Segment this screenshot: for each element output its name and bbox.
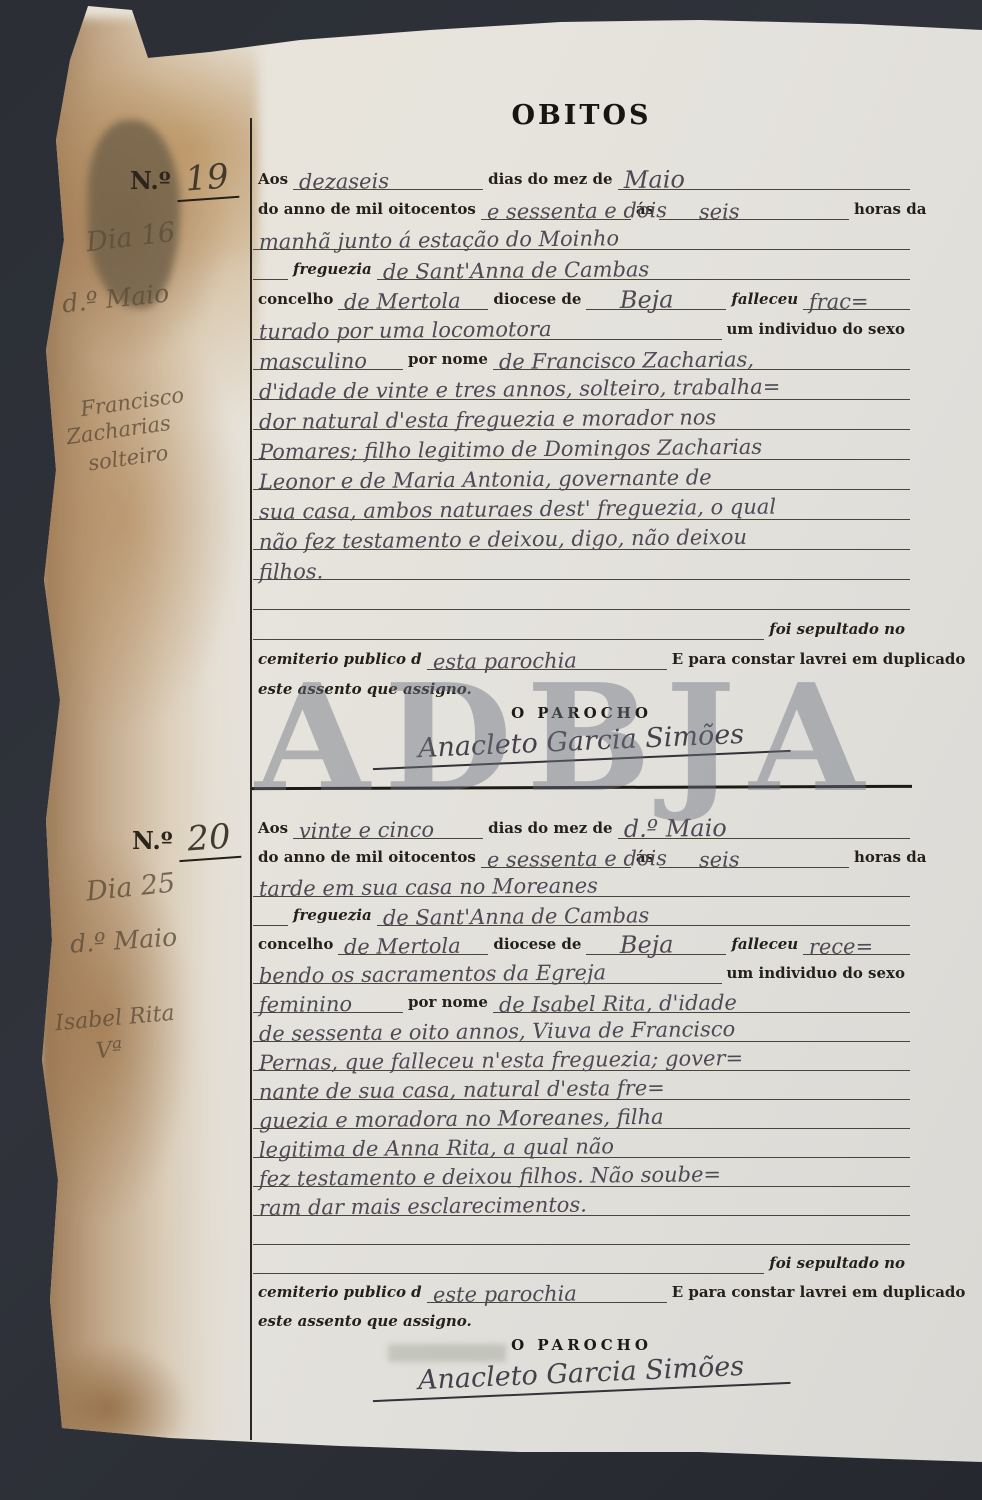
form-line: sua casa, ambos naturaes dest' freguezia… (253, 490, 910, 520)
text-line: fez testamento e deixou filhos. Não soub… (253, 1157, 910, 1187)
margin-month: d.º Maio (61, 278, 171, 318)
handwritten-cause: bendo os sacramentos da Egreja (259, 960, 606, 988)
handwritten-line: dor natural d'esta freguezia e morador n… (259, 405, 717, 434)
form-line: filhos. (253, 550, 910, 580)
anno-label: do anno de mil oitocentos (253, 202, 481, 220)
handwritten-line: guezia e moradora no Moreanes, filha (259, 1105, 664, 1133)
handwritten-parish: de Sant'Anna de Cambas (383, 257, 650, 284)
handwritten-line: Pernas, que falleceu n'esta freguezia; g… (259, 1046, 744, 1075)
handwritten-diocese: Beja (620, 285, 674, 314)
margin-number-value: 20 (176, 816, 241, 862)
text-line: legitima de Anna Rita, a qual não (253, 1128, 910, 1158)
form-line: freguezia de Sant'Anna de Cambas (253, 897, 910, 926)
handwritten-line: legitima de Anna Rita, a qual não (259, 1134, 614, 1162)
margin-number-block: N.º 20 (132, 818, 240, 860)
days-field: dezaseis (293, 159, 483, 190)
handwritten-place: tarde em sua casa no Moreanes (259, 873, 598, 901)
form-line: Pomares; filho legitimo de Domingos Zach… (253, 430, 910, 460)
text-line: d'idade de vinte e tres annos, solteiro,… (253, 369, 910, 400)
handwritten-cemetery: este parochia (432, 1281, 576, 1307)
name-field: de Francisco Zacharias, (493, 339, 910, 370)
margin-month: d.º Maio (69, 922, 178, 958)
freguezia-label: freguezia (288, 262, 377, 280)
text-line: dor natural d'esta freguezia e morador n… (253, 399, 910, 430)
name-field: de Isabel Rita, d'idade (493, 983, 910, 1013)
form-line: Pernas, que falleceu n'esta freguezia; g… (253, 1042, 910, 1071)
place-field: tarde em sua casa no Moreanes (253, 867, 910, 897)
form-line: fez testamento e deixou filhos. Não soub… (253, 1158, 910, 1187)
margin-name-line: Vª (95, 1037, 123, 1064)
falleceu-label: falleceu (726, 937, 803, 955)
text-line: Pernas, que falleceu n'esta freguezia; g… (253, 1041, 910, 1071)
form-line (253, 1216, 910, 1245)
death-record: Aos dezaseis dias do mez de Maio do anno… (253, 160, 910, 772)
form-line: não fez testamento e deixou, digo, não d… (253, 520, 910, 550)
handwritten-sex: masculino (259, 349, 367, 374)
cemetery-field: este parochia (427, 1273, 667, 1303)
margin-day: Dia 25 (85, 867, 177, 907)
year-field: e sessenta e dois (481, 189, 631, 220)
por-nome-label: por nome (403, 995, 493, 1013)
document-page: OBITOS N.º 19 Dia 16 d.º Maio Francisco … (0, 0, 982, 1500)
form-line: foi sepultado no (253, 610, 910, 640)
days-field: vinte e cinco (293, 809, 483, 839)
form-line: tarde em sua casa no Moreanes (253, 868, 910, 897)
blank-ruled-line (253, 609, 764, 640)
handwritten-line: Leonor e de Maria Antonia, governante de (259, 465, 712, 494)
handwritten-hour: seis (699, 200, 740, 224)
handwritten-cause-start: rece= (809, 934, 874, 959)
form-line: dor natural d'esta freguezia e morador n… (253, 400, 910, 430)
diocese-field: Beja (586, 279, 726, 310)
form-line: legitima de Anna Rita, a qual não (253, 1129, 910, 1158)
cemiterio-label: cemiterio publico d (253, 1285, 427, 1303)
handwritten-year: e sessenta e dois (487, 846, 667, 872)
month-field: d.º Maio (618, 809, 910, 839)
text-line: sua casa, ambos naturaes dest' freguezia… (253, 489, 910, 520)
form-line: turado por uma locomotora um individuo d… (253, 310, 910, 340)
form-line: nante de sua casa, natural d'esta fre= (253, 1071, 910, 1100)
death-record: Aos vinte e cinco dias do mez de d.º Mai… (253, 810, 910, 1404)
hour-field: seis (659, 838, 849, 868)
handwritten-cause-start: frac= (809, 289, 869, 314)
scanned-register-photo: OBITOS N.º 19 Dia 16 d.º Maio Francisco … (0, 0, 982, 1500)
handwritten-parish: de Sant'Anna de Cambas (383, 903, 650, 930)
form-line: d'idade de vinte e tres annos, solteiro,… (253, 370, 910, 400)
text-line: não fez testamento e deixou, digo, não d… (253, 519, 910, 550)
handwritten-county: de Mertola (344, 289, 461, 314)
form-line: feminino por nome de Isabel Rita, d'idad… (253, 984, 910, 1013)
handwritten-name: de Francisco Zacharias, (499, 347, 754, 374)
form-line: este assento que assigno. (253, 670, 910, 700)
month-field: Maio (618, 159, 910, 190)
form-line: do anno de mil oitocentos e sessenta e d… (253, 190, 910, 220)
form-line: Aos vinte e cinco dias do mez de d.º Mai… (253, 810, 910, 839)
form-line: cemiterio publico d este parochia E para… (253, 1274, 910, 1303)
cemiterio-label: cemiterio publico d (253, 652, 427, 670)
blank-ruled-line (253, 1244, 764, 1274)
handwritten-line: nante de sua casa, natural d'esta fre= (259, 1076, 665, 1104)
handwritten-name: de Isabel Rita, d'idade (499, 991, 737, 1017)
text-line: de sessenta e oito annos, Viuva de Franc… (253, 1012, 910, 1042)
parish-field: de Sant'Anna de Cambas (377, 896, 910, 926)
foi-sepultado-label: foi sepultado no (764, 1256, 910, 1274)
form-line: de sessenta e oito annos, Viuva de Franc… (253, 1013, 910, 1042)
form-line: guezia e moradora no Moreanes, filha (253, 1100, 910, 1129)
parocho-heading: O PAROCHO (253, 700, 910, 726)
form-line: cemiterio publico d esta parochia E para… (253, 640, 910, 670)
hour-field: seis (659, 189, 849, 220)
form-line: concelho de Mertola diocese de Beja fall… (253, 280, 910, 310)
handwritten-days: dezaseis (299, 169, 389, 194)
handwritten-month: d.º Maio (623, 814, 726, 843)
horas-da-label: horas da (849, 850, 931, 868)
form-line: do anno de mil oitocentos e sessenta e d… (253, 839, 910, 868)
text-line: Leonor e de Maria Antonia, governante de (253, 459, 910, 490)
handwritten-cause: turado por uma locomotora (259, 317, 552, 344)
concelho-label: concelho (253, 292, 338, 310)
form-line: freguezia de Sant'Anna de Cambas (253, 250, 910, 280)
place-field: manhã junto á estação do Moinho (253, 219, 910, 250)
form-line: manhã junto á estação do Moinho (253, 220, 910, 250)
handwritten-line: filhos. (259, 559, 324, 584)
page-title: OBITOS (253, 100, 910, 131)
handwritten-year: e sessenta e dois (487, 198, 667, 224)
diocese-label: diocese de (488, 292, 586, 310)
diocese-field: Beja (586, 925, 726, 955)
handwritten-line: fez testamento e deixou filhos. Não soub… (259, 1162, 721, 1191)
form-line: bendo os sacramentos da Egreja um indivi… (253, 955, 910, 984)
form-line: Leonor e de Maria Antonia, governante de (253, 460, 910, 490)
text-line: filhos. (253, 549, 910, 580)
diocese-label: diocese de (488, 937, 586, 955)
margin-day: Dia 16 (84, 217, 176, 259)
form-line: concelho de Mertola diocese de Beja fall… (253, 926, 910, 955)
dias-do-mez-label: dias do mez de (483, 821, 617, 839)
record-divider-line (252, 785, 912, 790)
priest-signature: Anacleto Garcia Simões (253, 726, 910, 772)
constar-label: E para constar lavrei em duplicado (667, 1285, 971, 1303)
constar-label: E para constar lavrei em duplicado (667, 652, 971, 670)
handwritten-line: de sessenta e oito annos, Viuva de Franc… (259, 1017, 736, 1046)
aos-label: Aos (253, 172, 293, 190)
aos-label: Aos (253, 821, 293, 839)
year-field: e sessenta e dois (481, 838, 631, 868)
numero-label: N.º (132, 826, 173, 855)
handwritten-hour: seis (699, 848, 740, 872)
form-line: masculino por nome de Francisco Zacharia… (253, 340, 910, 370)
margin-rule-line (250, 118, 252, 1440)
form-line: ram dar mais esclarecimentos. (253, 1187, 910, 1216)
handwritten-month: Maio (623, 165, 684, 194)
dias-do-mez-label: dias do mez de (483, 172, 617, 190)
death-cause-start-field: rece= (803, 925, 910, 955)
margin-number-value: 19 (174, 156, 239, 202)
text-line: guezia e moradora no Moreanes, filha (253, 1099, 910, 1129)
form-line: Aos dezaseis dias do mez de Maio (253, 160, 910, 190)
priest-signature: Anacleto Garcia Simões (253, 1358, 910, 1404)
blank-ruled-line (253, 579, 910, 610)
foi-sepultado-label: foi sepultado no (764, 622, 910, 640)
death-cause-start-field: frac= (803, 279, 910, 310)
sexo-label: um individuo do sexo (722, 322, 910, 340)
handwritten-sex: feminino (259, 992, 352, 1017)
margin-number-block: N.º 19 (130, 158, 238, 200)
por-nome-label: por nome (403, 352, 493, 370)
parocho-heading: O PAROCHO (253, 1332, 910, 1358)
freguezia-label: freguezia (288, 908, 377, 926)
form-line: este assento que assigno. (253, 1303, 910, 1332)
text-line: nante de sua casa, natural d'esta fre= (253, 1070, 910, 1100)
falleceu-label: falleceu (726, 292, 803, 310)
handwritten-line: não fez testamento e deixou, digo, não d… (259, 525, 747, 554)
margin-name-line: Isabel Rita (54, 1001, 176, 1036)
numero-label: N.º (130, 166, 171, 195)
handwritten-county: de Mertola (344, 934, 461, 959)
handwritten-days: vinte e cinco (299, 818, 434, 843)
assento-label: este assento que assigno. (253, 682, 477, 700)
cemetery-field: esta parochia (427, 639, 667, 670)
handwritten-diocese: Beja (620, 930, 674, 959)
text-line: ram dar mais esclarecimentos. (253, 1186, 910, 1216)
handwritten-place: manhã junto á estação do Moinho (259, 226, 620, 254)
concelho-label: concelho (253, 937, 338, 955)
horas-da-label: horas da (849, 202, 931, 220)
handwritten-line: ram dar mais esclarecimentos. (259, 1193, 587, 1220)
text-line: Pomares; filho legitimo de Domingos Zach… (253, 429, 910, 460)
assento-label: este assento que assigno. (253, 1314, 477, 1332)
blank-ruled-line (253, 1215, 910, 1245)
form-line: foi sepultado no (253, 1245, 910, 1274)
form-line (253, 580, 910, 610)
margin-name-line: solteiro (87, 441, 170, 476)
parish-field: de Sant'Anna de Cambas (377, 249, 910, 280)
handwritten-cemetery: esta parochia (432, 648, 576, 674)
sexo-label: um individuo do sexo (722, 966, 910, 984)
anno-label: do anno de mil oitocentos (253, 850, 481, 868)
